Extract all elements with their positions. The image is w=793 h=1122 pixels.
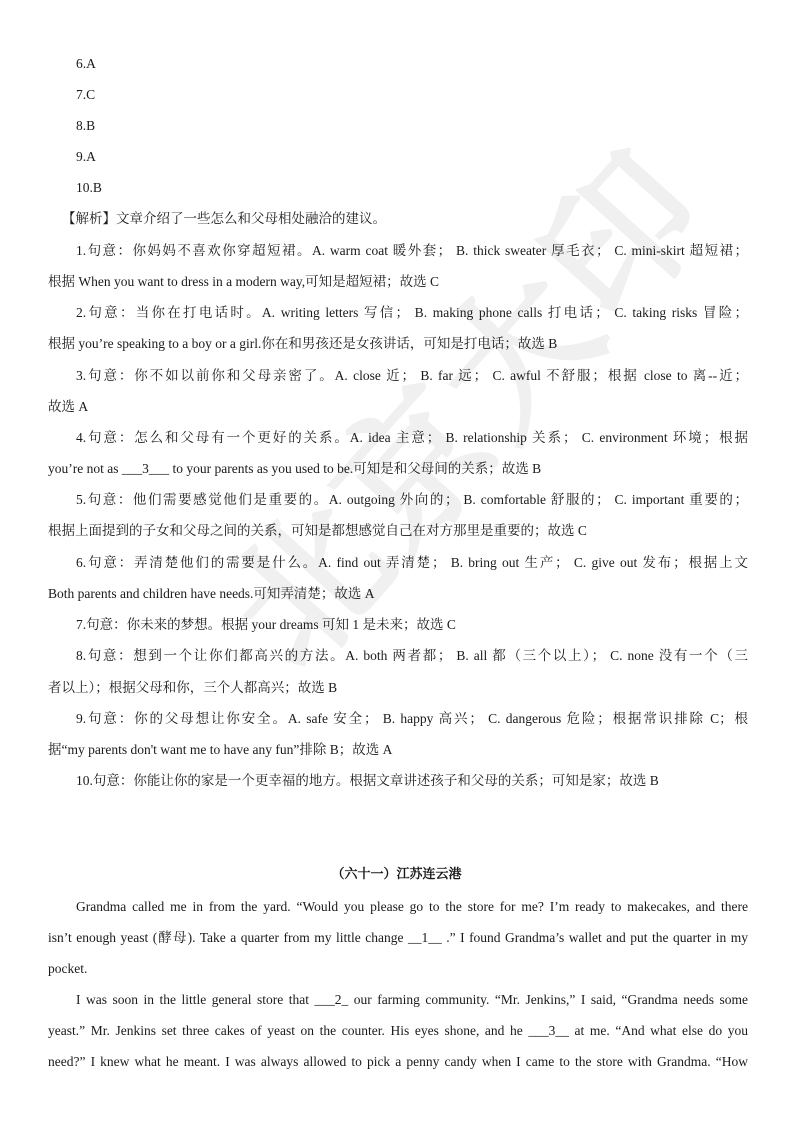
answer-7: 7.C [76, 85, 776, 105]
explanation-7-line-1: 7.句意：你未来的梦想。根据 your dreams 可知 1 是未来；故选 C [76, 615, 748, 635]
section-title: （六十一）江苏连云港 [0, 865, 793, 885]
passage-line-5: yeast.” Mr. Jenkins set three cakes of y… [48, 1021, 748, 1041]
document-page: 北京大印 6.A 7.C 8.B 9.A 10.B 【解析】文章介绍了一些怎么和… [0, 0, 793, 1122]
answer-8: 8.B [76, 116, 776, 136]
explanation-8-line-1: 8.句意：想到一个让你们都高兴的方法。A. both 两者都； B. all 都… [76, 646, 748, 666]
passage-line-6: need?” I knew what he meant. I was alway… [48, 1052, 748, 1072]
passage-line-2: isn’t enough yeast (酵母). Take a quarter … [48, 928, 748, 948]
explanation-9-line-1: 9.句意：你的父母想让你安全。A. safe 安全； B. happy 高兴； … [76, 709, 748, 729]
explanation-5-line-2: 根据上面提到的子女和父母之间的关系，可知是都想感觉自己在对方那里是重要的；故选 … [48, 521, 748, 541]
explanation-1-line-1: 1.句意：你妈妈不喜欢你穿超短裙。A. warm coat 暖外套； B. th… [76, 241, 748, 261]
analysis-header: 【解析】文章介绍了一些怎么和父母相处融洽的建议。 [62, 209, 762, 229]
explanation-10-line-1: 10.句意：你能让你的家是一个更幸福的地方。根据文章讲述孩子和父母的关系；可知是… [76, 771, 748, 791]
explanation-9-line-2: 据“my parents don't want me to have any f… [48, 740, 748, 760]
explanation-4-line-1: 4.句意：怎么和父母有一个更好的关系。A. idea 主意； B. relati… [76, 428, 748, 448]
explanation-5-line-1: 5.句意：他们需要感觉他们是重要的。A. outgoing 外向的； B. co… [76, 490, 748, 510]
explanation-6-line-2: Both parents and children have needs.可知弄… [48, 584, 748, 604]
passage-line-4: I was soon in the little general store t… [76, 990, 748, 1010]
explanation-4-line-2: you’re not as ___3___ to your parents as… [48, 459, 748, 479]
explanation-2-line-2: 根据 you’re speaking to a boy or a girl.你在… [48, 334, 748, 354]
explanation-2-line-1: 2.句意：当你在打电话时。A. writing letters 写信； B. m… [76, 303, 748, 323]
passage-line-1: Grandma called me in from the yard. “Wou… [76, 897, 748, 917]
answer-9: 9.A [76, 147, 776, 167]
passage-line-3: pocket. [48, 959, 748, 979]
explanation-8-line-2: 者以上）；根据父母和你，三个人都高兴；故选 B [48, 678, 748, 698]
answer-10: 10.B [76, 178, 776, 198]
explanation-3-line-1: 3.句意：你不如以前你和父母亲密了。A. close 近； B. far 远； … [76, 366, 748, 386]
explanation-1-line-2: 根据 When you want to dress in a modern wa… [48, 272, 748, 292]
explanation-3-line-2: 故选 A [48, 397, 748, 417]
answer-6: 6.A [76, 54, 776, 74]
explanation-6-line-1: 6.句意：弄清楚他们的需要是什么。A. find out 弄清楚； B. bri… [76, 553, 748, 573]
